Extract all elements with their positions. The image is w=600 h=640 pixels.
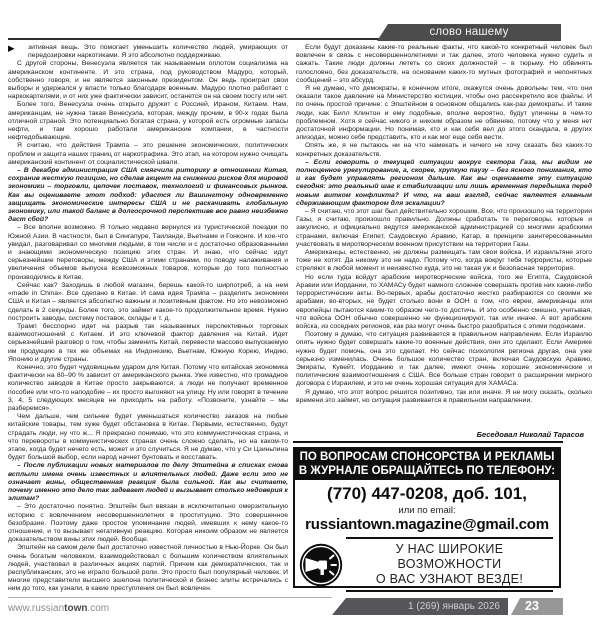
ad-email-address[interactable]: russiantown.magazine@gmail.com (295, 516, 559, 533)
ad-email-label: или по email: (295, 505, 559, 516)
paragraph-text: зитивная вещь. Это помогает уменьшить ко… (28, 44, 288, 59)
question-paragraph: – После публикации новых материалов по д… (8, 462, 288, 503)
paragraph: – Все вполне возможно. Я только недавно … (8, 224, 288, 281)
question-paragraph: – Если говорить о текущей ситуации вокру… (296, 159, 592, 208)
ad-slogan-line2: О ВАС УЗНАЮТ ВЕЗДЕ! (346, 572, 553, 587)
paragraph: Чем дальше, чем сильнее будет уменьшатьс… (8, 413, 288, 462)
footer-rule (8, 597, 332, 598)
ad-phone-number[interactable]: (770) 447-0208, доб. 101, (295, 484, 559, 504)
continuation-arrow-icon: ▶ (8, 44, 15, 53)
paragraph: Сейчас как? Заходишь в любой магазин, бе… (8, 282, 288, 323)
ad-separator-rule (293, 441, 563, 443)
website-url[interactable]: www.russiantown.com (8, 603, 109, 614)
sponsorship-ad: ПО ВОПРОСАМ СПОНСОРСТВА И РЕКЛАМЫ В ЖУРН… (293, 447, 561, 588)
ad-title-bar: ПО ВОПРОСАМ СПОНСОРСТВА И РЕКЛАМЫ В ЖУРН… (295, 449, 559, 480)
paragraph: Я считаю, что действия Трампа – это реше… (8, 142, 288, 167)
page-number-badge: 23 (511, 598, 563, 615)
paragraph: Но если туда войдут арабские миротворчес… (296, 274, 592, 331)
megaphone-icon (299, 543, 343, 587)
issue-date-bar: 1 (269) январь 2026 (332, 598, 508, 615)
issue-date: 1 (269) январь 2026 (408, 601, 500, 612)
paragraph: Трамп бесспорно идет на разрыв так назыв… (8, 323, 288, 364)
ad-slogan-line1: У НАС ШИРОКИЕ ВОЗМОЖНОСТИ (346, 542, 553, 572)
paragraph: Опять же, я не пытаюсь ни на что намекат… (296, 142, 592, 158)
paragraph: Более того, Венесуэла очень открыто друж… (8, 101, 288, 142)
paragraph: – Я считаю, что этот шаг был действитель… (296, 208, 592, 249)
paragraph: Я думаю, что этот вопрос решится позитив… (296, 389, 592, 405)
ad-slogan: У НАС ШИРОКИЕ ВОЗМОЖНОСТИ О ВАС УЗНАЮТ В… (346, 537, 553, 592)
paragraph: Конечно, это будет чудовищным ударом для… (8, 364, 288, 413)
ad-title-line2: В ЖУРНАЛЕ ОБРАЩАЙТЕСЬ ПО ТЕЛЕФОНУ: (295, 465, 559, 479)
paragraph: С другой стороны, Венесуэла является так… (8, 60, 288, 101)
paragraph: Если будут доказаны какие-то реальные фа… (296, 44, 592, 85)
masthead-rule (8, 38, 380, 40)
paragraph: Эпштейн на самом деле был достаточно изв… (8, 544, 288, 593)
ad-title-line1: ПО ВОПРОСАМ СПОНСОРСТВА И РЕКЛАМЫ (295, 451, 559, 465)
right-column-text: Если будут доказаны какие-то реальные фа… (296, 44, 592, 427)
article-right-column: Если будут доказаны какие-то реальные фа… (296, 44, 592, 439)
site-suffix: .com (87, 603, 109, 614)
section-header-bar: слово нашему политобозревателю (377, 24, 561, 41)
paragraph: Американцы, естественно, не должны разме… (296, 249, 592, 274)
paragraph: – Это достаточно понятно. Эпштейн был вв… (8, 503, 288, 544)
ad-slogan-row: У НАС ШИРОКИЕ ВОЗМОЖНОСТИ О ВАС УЗНАЮТ В… (295, 537, 559, 592)
paragraph: Я не думаю, что демократы, в конечном ит… (296, 85, 592, 142)
interview-signature: Беседовал Николай Тарасов (296, 430, 592, 439)
site-bold: town (64, 603, 87, 614)
site-prefix: www.russian (8, 603, 64, 614)
article-left-column: ▶зитивная вещь. Это помогает уменьшить к… (8, 44, 288, 593)
paragraph: ▶зитивная вещь. Это помогает уменьшить к… (8, 44, 288, 60)
paragraph: Поэтому я думаю, что ситуация развиваетс… (296, 331, 592, 388)
question-paragraph: – В декабре администрация США смягчила р… (8, 167, 288, 224)
magazine-page: слово нашему политобозревателю ▶зитивная… (0, 0, 600, 640)
